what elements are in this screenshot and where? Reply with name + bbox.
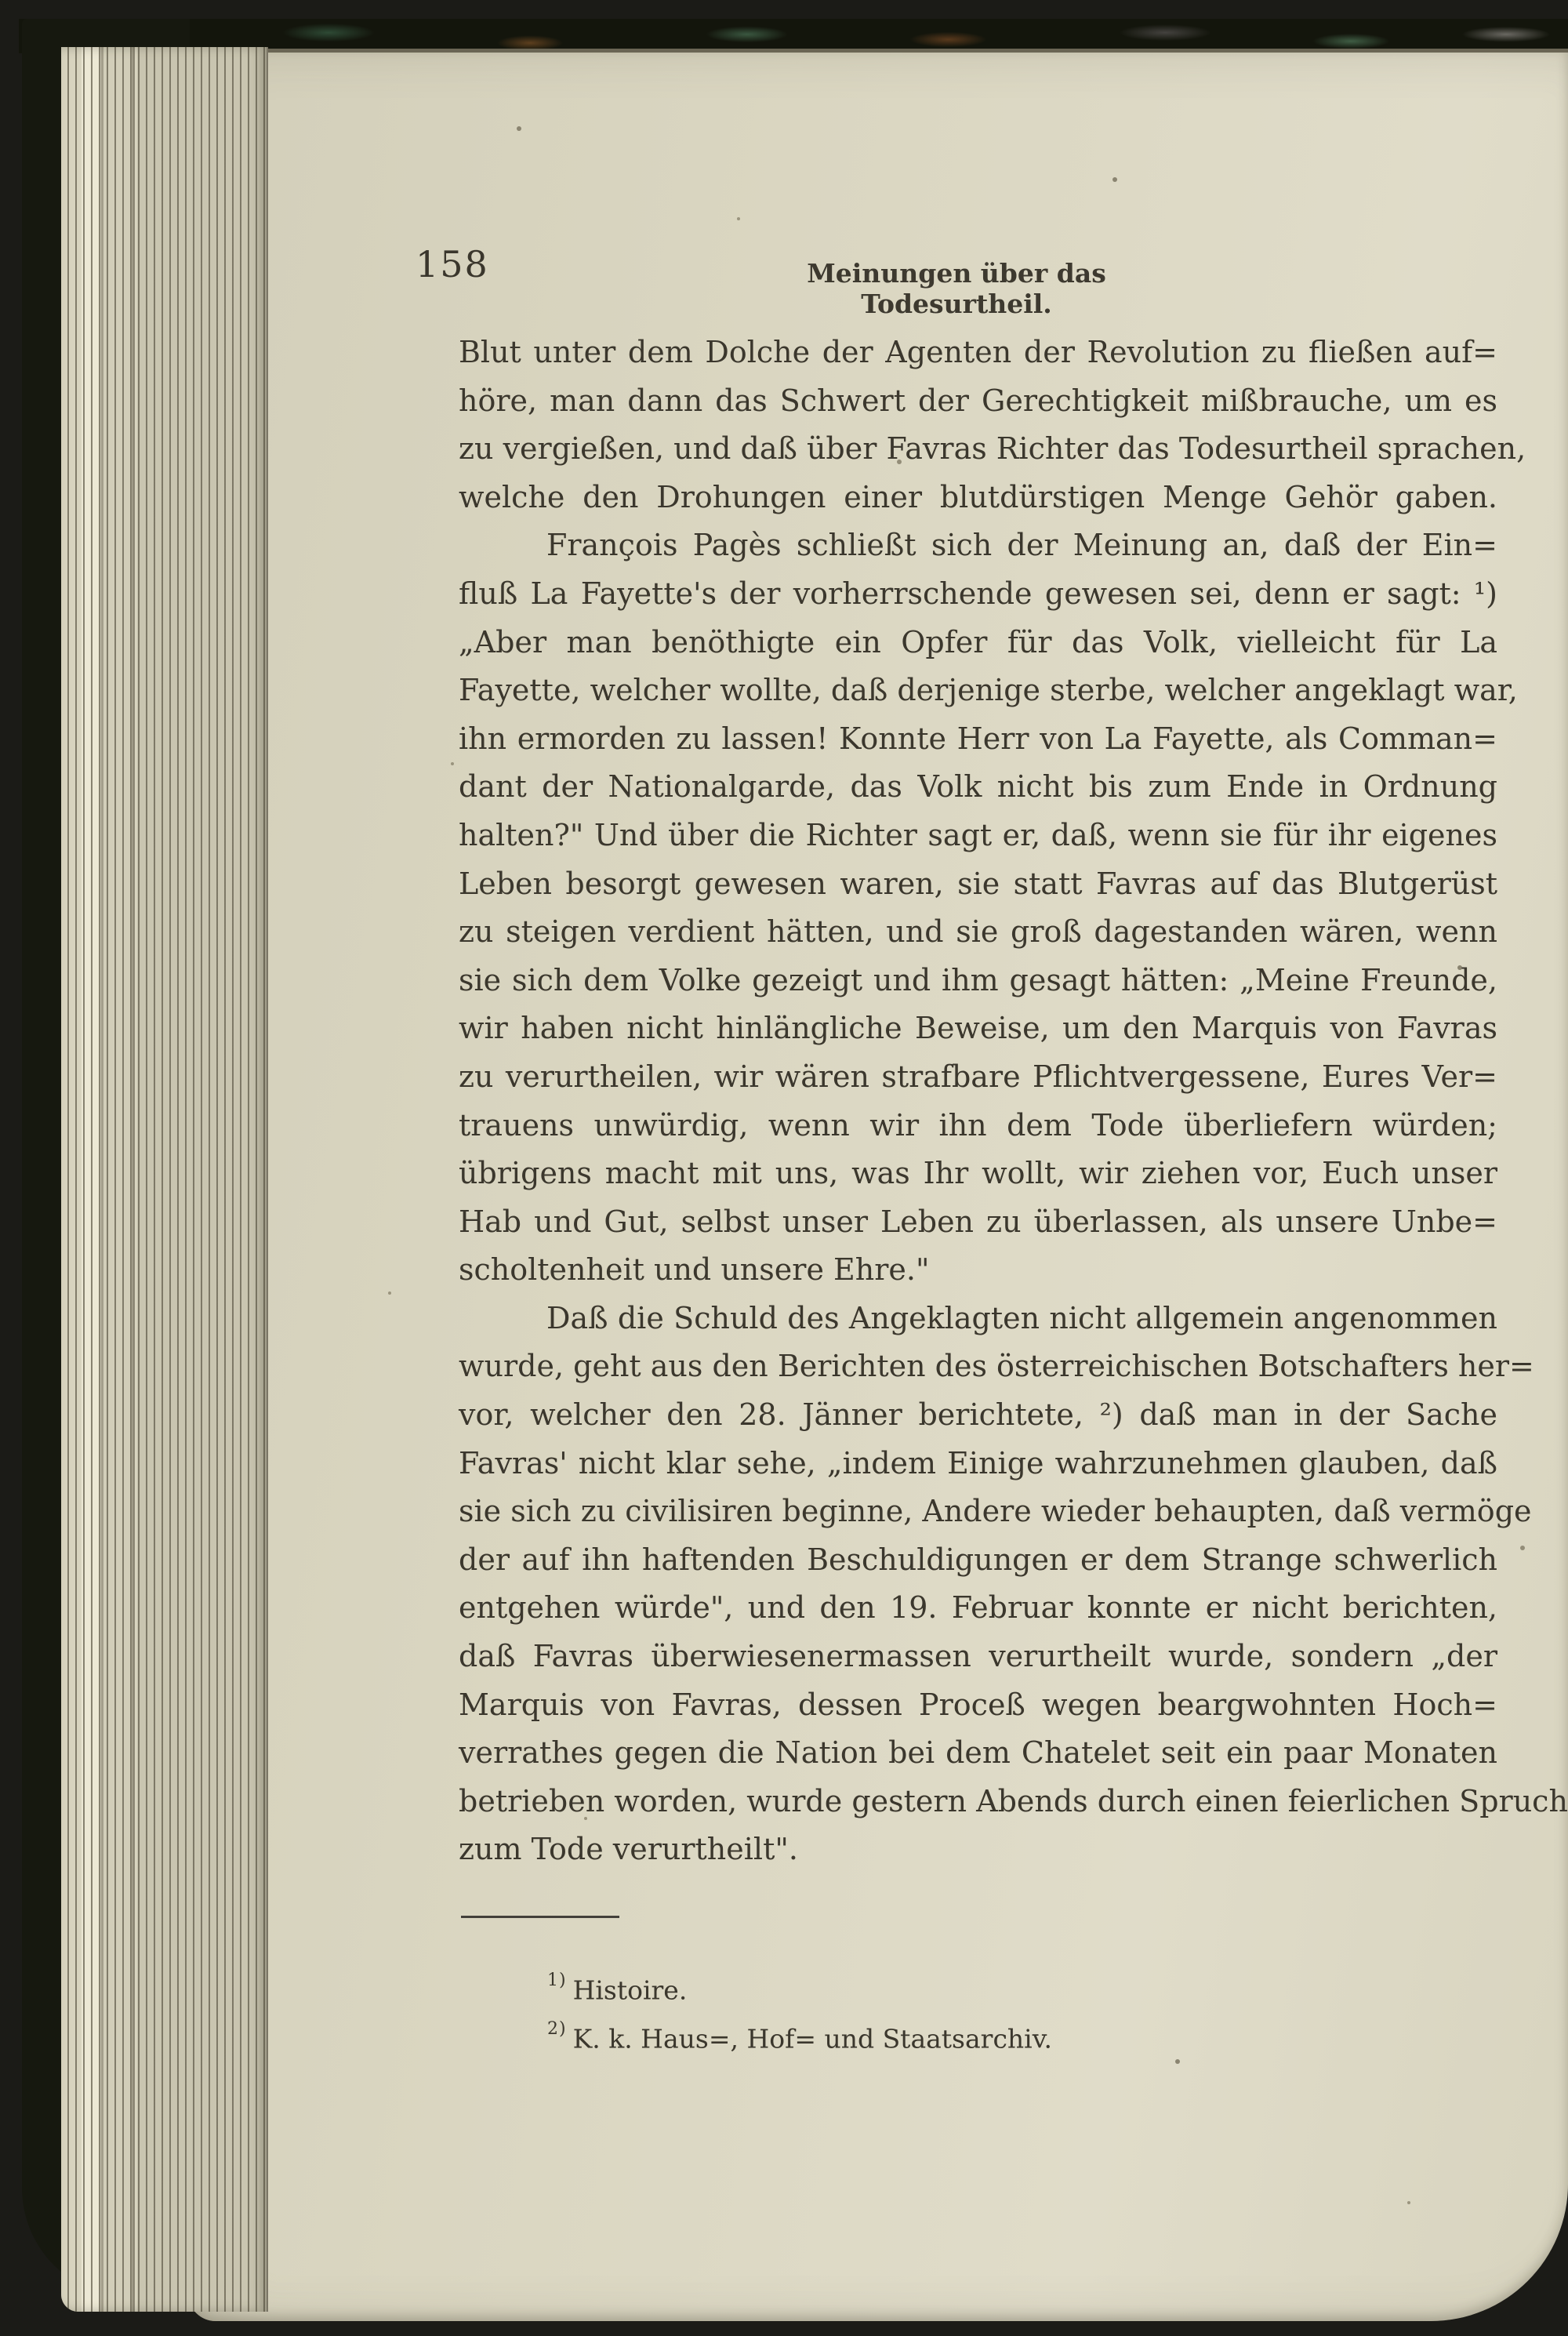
text-line: Fayette, welcher wollte, daß derjenige s…	[459, 667, 1497, 715]
book-page: 158 Meinungen über das Todesurtheil. Blu…	[188, 49, 1568, 2321]
text-line: zu steigen verdient hätten, und sie groß…	[459, 908, 1497, 957]
text-line: ihn ermorden zu lassen! Konnte Herr von …	[459, 715, 1497, 764]
text-line: sie sich zu civilisiren beginne, Andere …	[459, 1488, 1497, 1536]
text-line: der auf ihn haftenden Beschuldigungen er…	[459, 1536, 1497, 1585]
page-stack-edges	[61, 47, 268, 2312]
footnote-item: 2) K. k. Haus=, Hof= und Staatsarchiv.	[547, 2005, 1488, 2054]
text-line: höre, man dann das Schwert der Gerechtig…	[459, 377, 1497, 426]
text-line: zu verurtheilen, wir wären strafbare Pfl…	[459, 1053, 1497, 1102]
page-number: 158	[416, 243, 489, 285]
footnotes: 1) Histoire.2) K. k. Haus=, Hof= und Sta…	[547, 1956, 1488, 2054]
text-line: zu vergießen, und daß über Favras Richte…	[459, 425, 1497, 474]
text-line: entgehen würde", und den 19. Februar kon…	[459, 1584, 1497, 1633]
footnote-rule	[461, 1916, 619, 1918]
text-line: dant der Nationalgarde, das Volk nicht b…	[459, 763, 1497, 812]
text-line: Favras' nicht klar sehe, „indem Einige w…	[459, 1440, 1497, 1488]
text-line: Hab und Gut, selbst unser Leben zu überl…	[459, 1198, 1497, 1247]
text-line: übrigens macht mit uns, was Ihr wollt, w…	[459, 1150, 1497, 1198]
text-line: daß Favras überwiesenermassen verurtheil…	[459, 1633, 1497, 1681]
text-line: vor, welcher den 28. Jänner berichtete, …	[459, 1391, 1497, 1440]
text-line: wir haben nicht hinlängliche Beweise, um…	[459, 1005, 1497, 1053]
footnote-text: K. k. Haus=, Hof= und Staatsarchiv.	[573, 2023, 1052, 2054]
text-line: trauens unwürdig, wenn wir ihn dem Tode …	[459, 1102, 1497, 1150]
body-text: Blut unter dem Dolche der Agenten der Re…	[459, 329, 1497, 1874]
text-line: Leben besorgt gewesen waren, sie statt F…	[459, 860, 1497, 909]
text-line: Marquis von Favras, dessen Proceß wegen …	[459, 1681, 1497, 1730]
book-photo: 158 Meinungen über das Todesurtheil. Blu…	[0, 0, 1568, 2336]
text-line: verrathes gegen die Nation bei dem Chate…	[459, 1729, 1497, 1778]
text-line: fluß La Fayette's der vorherrschende gew…	[459, 570, 1497, 619]
text-line: Daß die Schuld des Angeklagten nicht all…	[459, 1295, 1497, 1343]
footnote-marker: 2)	[547, 2019, 573, 2039]
text-line: welche den Drohungen einer blutdürstigen…	[459, 474, 1497, 522]
text-line: „Aber man benöthigte ein Opfer für das V…	[459, 619, 1497, 667]
footnote-text: Histoire.	[573, 1975, 688, 2005]
text-line: Blut unter dem Dolche der Agenten der Re…	[459, 329, 1497, 377]
text-line: halten?" Und über die Richter sagt er, d…	[459, 812, 1497, 860]
text-line: scholtenheit und unsere Ehre."	[459, 1246, 1497, 1295]
running-header: Meinungen über das Todesurtheil.	[737, 258, 1176, 319]
text-line: sie sich dem Volke gezeigt und ihm gesag…	[459, 957, 1497, 1005]
text-line: wurde, geht aus den Berichten des österr…	[459, 1342, 1497, 1391]
footnote-marker: 1)	[547, 1971, 573, 1990]
text-line: zum Tode verurtheilt".	[459, 1826, 1497, 1874]
text-line: François Pagès schließt sich der Meinung…	[459, 521, 1497, 570]
text-line: betrieben worden, wurde gestern Abends d…	[459, 1778, 1497, 1826]
footnote-item: 1) Histoire.	[547, 1956, 1488, 2005]
